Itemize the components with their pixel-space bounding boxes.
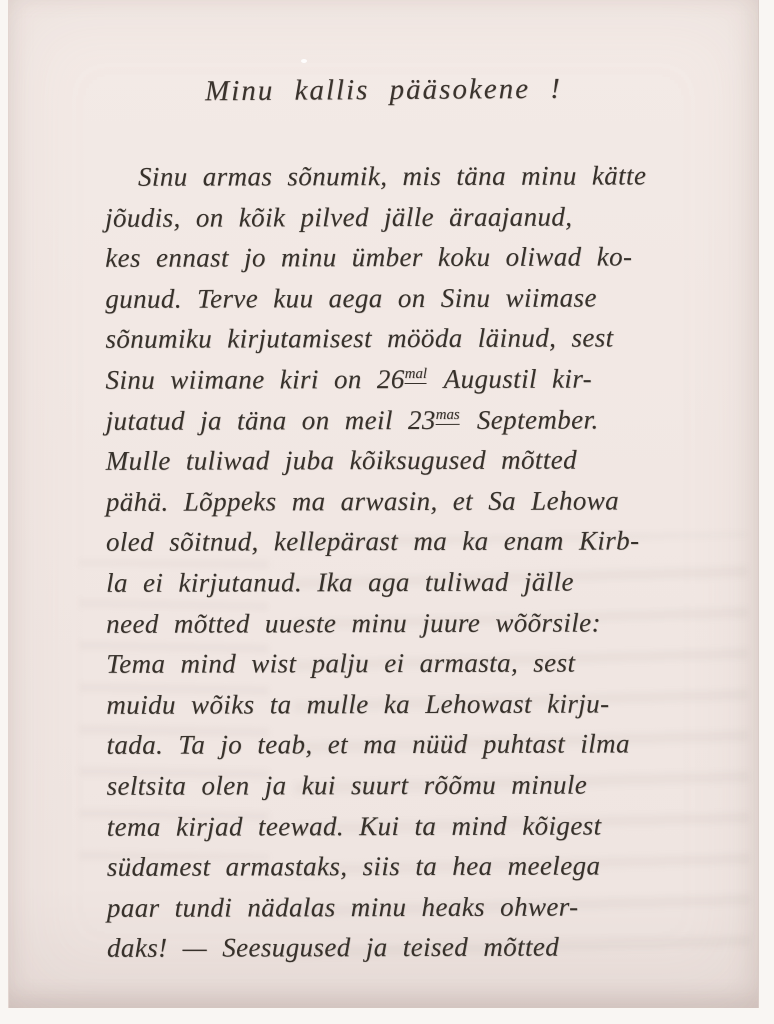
- letter-line: need mõtted uueste minu juure wõõrsile:: [106, 602, 720, 644]
- letter-line: Sinu wiimane kiri on 26mal Augustil kir-: [105, 358, 719, 400]
- scanned-letter-page: Minu kallis pääsokene ! Sinu armas sõnum…: [0, 0, 774, 1024]
- letter-line: Tema mind wist palju ei armasta, sest: [106, 642, 720, 684]
- letter-line: jõudis, on kõik pilved jälle äraajanud,: [105, 196, 719, 238]
- letter-paper: Minu kallis pääsokene ! Sinu armas sõnum…: [8, 0, 759, 1008]
- letter-line: la ei kirjutanud. Ika aga tuliwad jälle: [106, 561, 720, 603]
- date-ordinal-superscript: mal: [405, 366, 427, 384]
- letter-line: seltsita olen ja kui suurt rõõmu minule: [107, 764, 721, 806]
- letter-line: muidu wõiks ta mulle ka Lehowast kirju-: [106, 683, 720, 725]
- letter-line: kes ennast jo minu ümber koku oliwad ko-: [105, 236, 719, 278]
- paper-blemish: [301, 59, 307, 63]
- letter-line: sõnumiku kirjutamisest mööda läinud, ses…: [105, 318, 719, 360]
- letter-line: oled sõitnud, kellepärast ma ka enam Kir…: [106, 521, 720, 563]
- letter-salutation: Minu kallis pääsokene !: [9, 71, 758, 109]
- letter-line: gunud. Terve kuu aega on Sinu wiimase: [105, 277, 719, 319]
- letter-line: jutatud ja täna on meil 23mas September.: [106, 399, 720, 441]
- letter-line: paar tundi nädalas minu heaks ohwer-: [107, 886, 721, 928]
- date-ordinal-superscript: mas: [436, 406, 460, 424]
- letter-line: tema kirjad teewad. Kui ta mind kõigest: [107, 805, 721, 847]
- letter-line: pähä. Lõppeks ma arwasin, et Sa Lehowa: [106, 480, 720, 522]
- letter-line: südamest armastaks, siis ta hea meelega: [107, 845, 721, 887]
- letter-line: Mulle tuliwad juba kõiksugused mõtted: [106, 439, 720, 481]
- letter-line: tada. Ta jo teab, et ma nüüd puhtast ilm…: [106, 724, 720, 766]
- letter-line: Sinu armas sõnumik, mis täna minu kätte: [105, 155, 719, 197]
- letter-body: Sinu armas sõnumik, mis täna minu kättej…: [105, 155, 721, 968]
- letter-line: daks! — Seesugused ja teised mõtted: [107, 926, 721, 968]
